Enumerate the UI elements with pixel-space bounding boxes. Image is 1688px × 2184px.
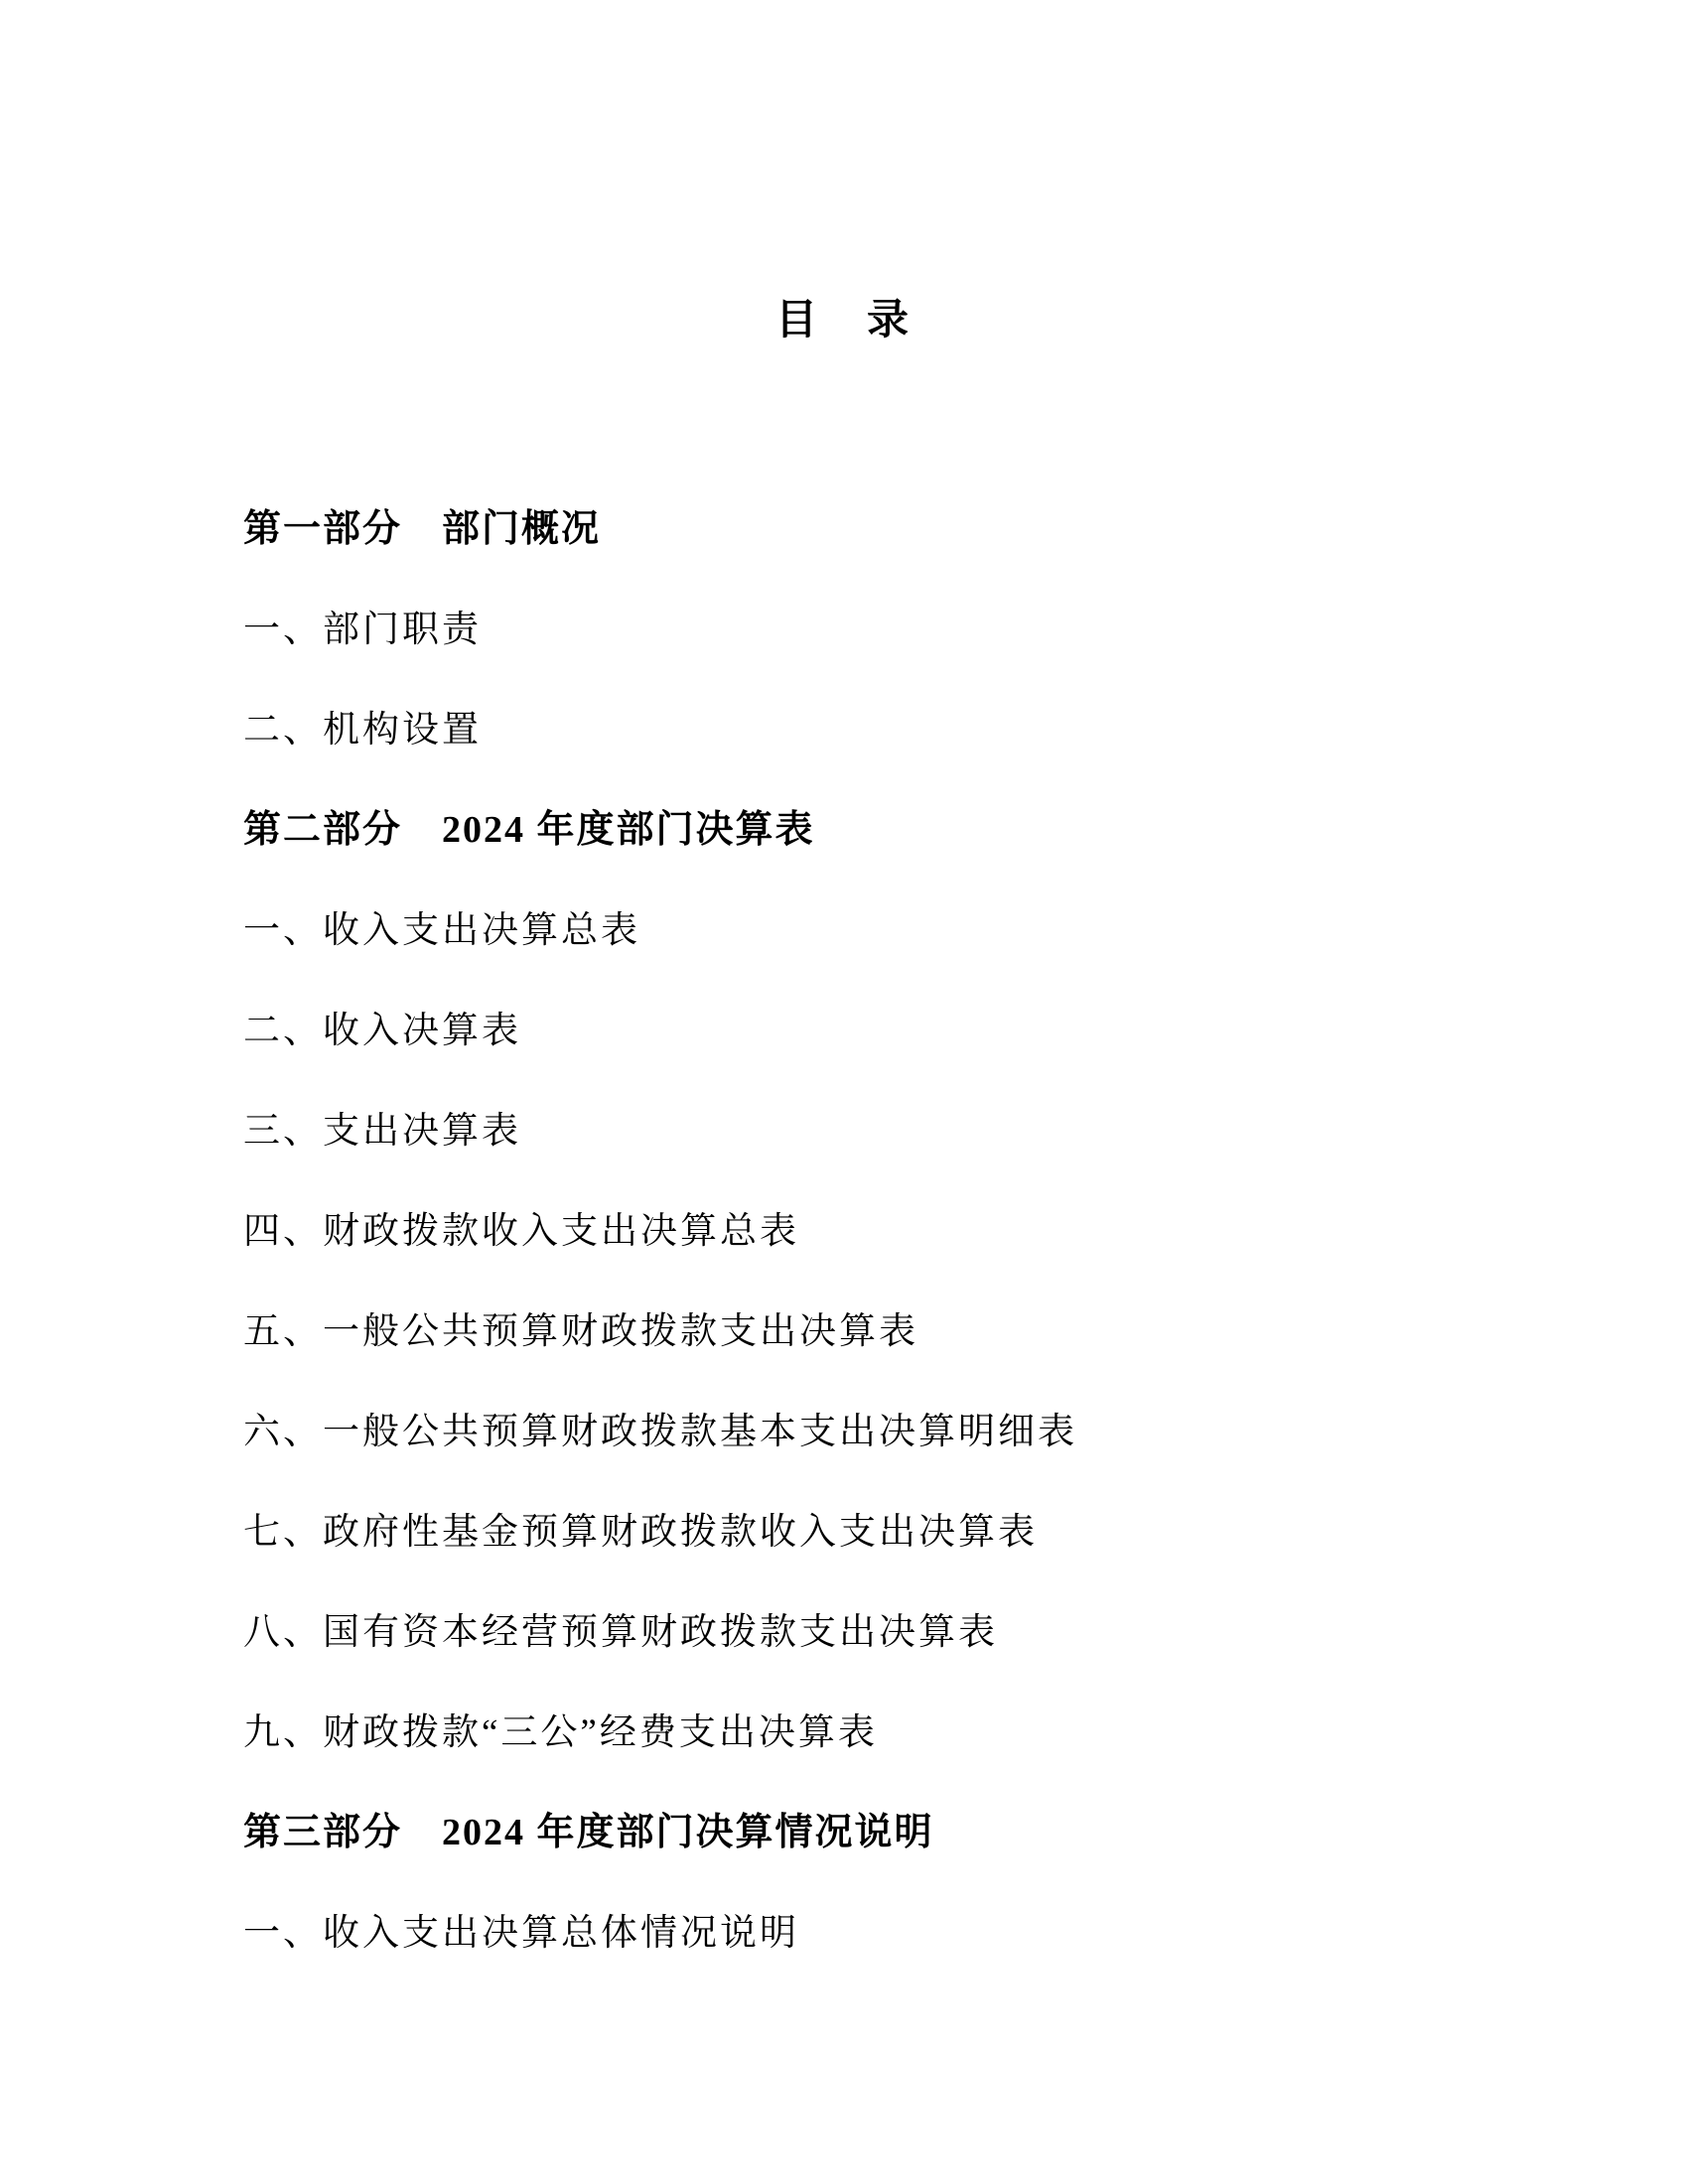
- toc-item-part2-3: 三、支出决算表: [243, 1076, 1609, 1176]
- toc-item-part2-8: 八、国有资本经营预算财政拨款支出决算表: [243, 1577, 1609, 1678]
- toc-item-part2-1: 一、收入支出决算总表: [243, 876, 1609, 976]
- toc-item-part2-2: 二、收入决算表: [243, 976, 1609, 1076]
- toc-item-part2-6: 六、一般公共预算财政拨款基本支出决算明细表: [243, 1377, 1609, 1477]
- toc-item-part2-5: 五、一般公共预算财政拨款支出决算表: [243, 1277, 1609, 1377]
- table-of-contents: 第一部分 部门概况 一、部门职责 二、机构设置 第二部分 2024 年度部门决算…: [243, 475, 1609, 1979]
- toc-heading-part2: 第二部分 2024 年度部门决算表: [243, 775, 1609, 876]
- toc-item-part1-1: 一、部门职责: [243, 575, 1609, 675]
- document-page: 目 录 第一部分 部门概况 一、部门职责 二、机构设置 第二部分 2024 年度…: [0, 0, 1688, 2184]
- toc-item-part3-1: 一、收入支出决算总体情况说明: [243, 1878, 1609, 1979]
- toc-item-part1-2: 二、机构设置: [243, 675, 1609, 775]
- page-title: 目 录: [0, 298, 1688, 343]
- toc-heading-part3: 第三部分 2024 年度部门决算情况说明: [243, 1778, 1609, 1878]
- toc-item-part2-9: 九、财政拨款“三公”经费支出决算表: [243, 1678, 1609, 1778]
- toc-heading-part1: 第一部分 部门概况: [243, 475, 1609, 575]
- toc-item-part2-7: 七、政府性基金预算财政拨款收入支出决算表: [243, 1477, 1609, 1577]
- toc-item-part2-4: 四、财政拨款收入支出决算总表: [243, 1176, 1609, 1277]
